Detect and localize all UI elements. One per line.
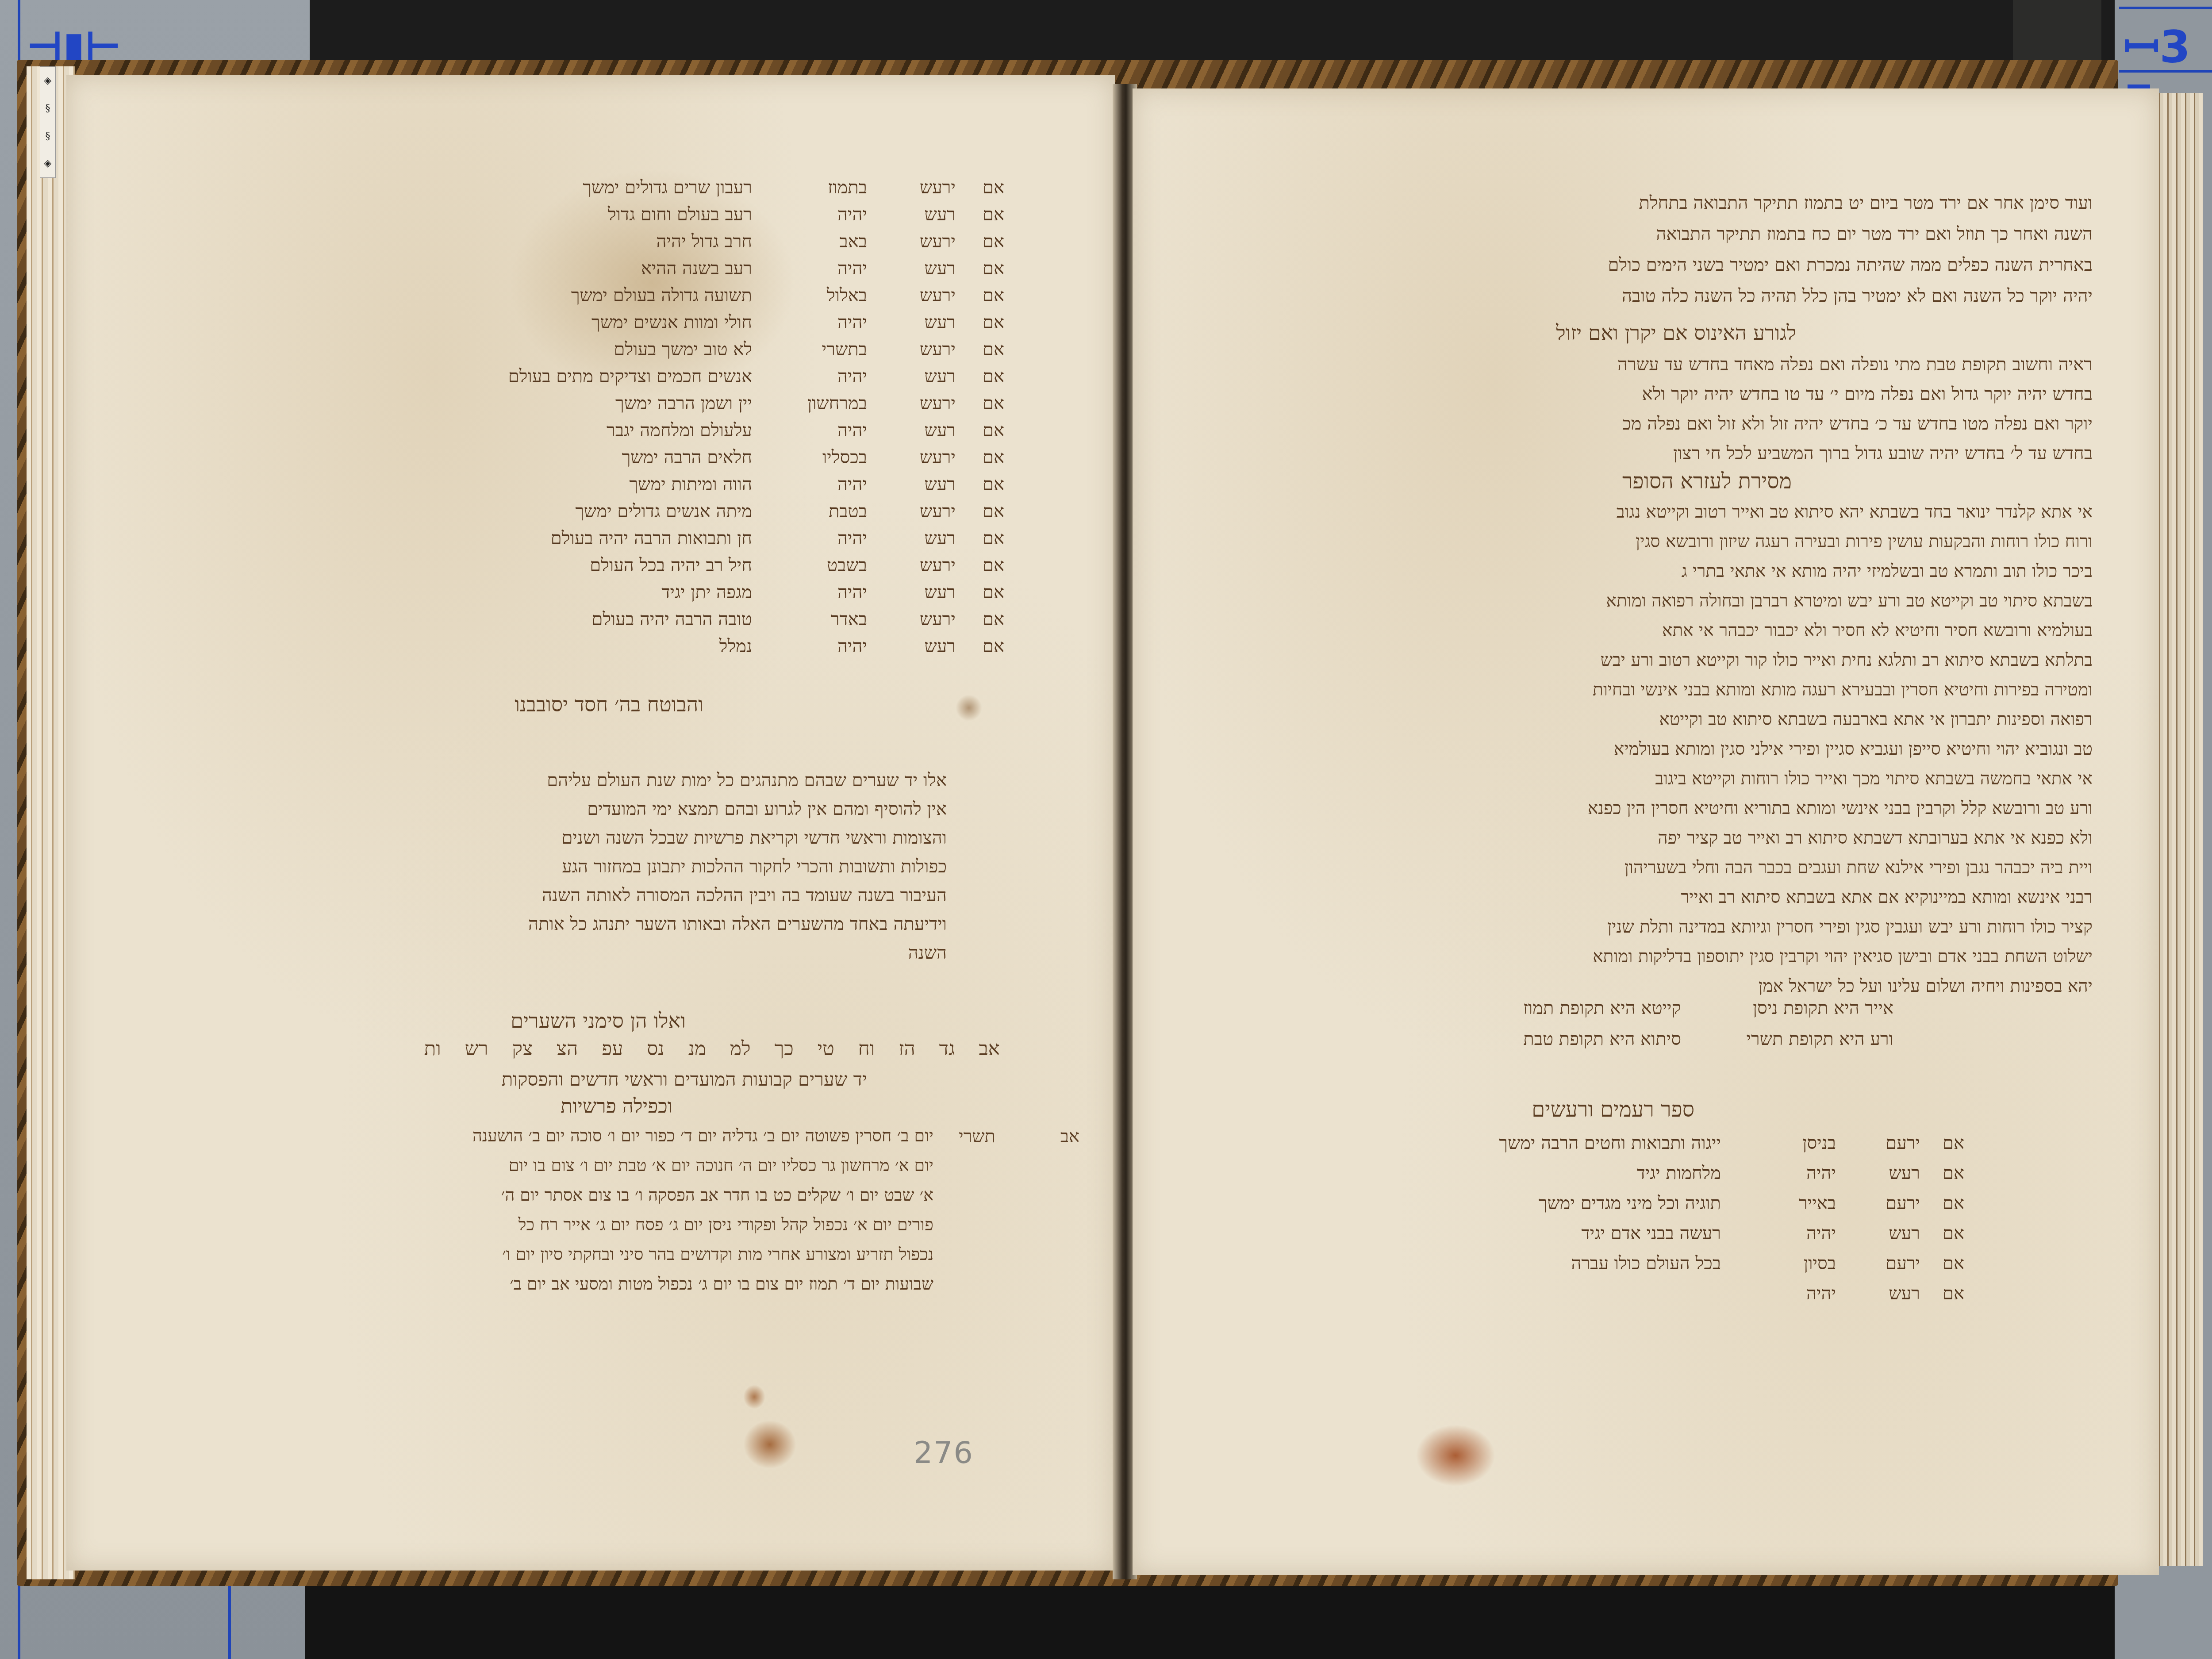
table-row: אםרעשיהיהרעשה בבני אדם יגיד <box>1411 1223 1964 1244</box>
ornamental-bookmark-tab: ◈ § § ◈ <box>40 66 56 178</box>
table-cell-c2: רעש <box>867 582 956 603</box>
ornament-diamond-icon: ◈ <box>44 75 52 86</box>
table-row: אםירעםבסיוןבכל העולם כולו עברה <box>1411 1253 1964 1274</box>
table-cell-c1: אם <box>956 555 1004 576</box>
table-cell-c2: רעש <box>1836 1163 1920 1183</box>
table-cell-c2: ירעש <box>867 609 956 630</box>
table-cell-c1: אם <box>956 393 1004 414</box>
heading-ezra: מסירת לעזרא הסופר <box>1622 469 1792 494</box>
table-row: אםרעשיהיהרעב בעולם וחום גדול <box>354 204 1004 225</box>
table-cell-c3: בשבט <box>752 555 867 576</box>
table-cell-c4: מלחמות יגיד <box>1411 1163 1721 1183</box>
table-cell-c4: רעב בעולם וחום גדול <box>354 204 752 225</box>
tekufah-entry: קייטא היא תקופת תמוז <box>1523 998 1681 1018</box>
table-cell-c3: יהיה <box>1721 1283 1836 1304</box>
table-cell-c3: בטבת <box>752 501 867 522</box>
table-cell-c1: אם <box>1920 1253 1964 1274</box>
table-cell-c4: אנשים חכמים וצדיקים מתים בעולם <box>354 366 752 387</box>
intro-line: באחרית השנה כפלים ממה שהיתה נמכרת ואם ימ… <box>1608 254 2093 275</box>
table-cell-c4: יין ושמן הרבה ימשך <box>354 393 752 414</box>
heading-thunder-book: ספר רעמים ורעשים <box>1532 1097 1694 1122</box>
paragraph-line: אלו יד שערים שבהם מתנהגים כל ימות שנת הע… <box>547 770 947 791</box>
section-line: ורוח כולו רוחות והבקעות עושין פירות ובעי… <box>1636 532 2093 552</box>
table-cell-c1: אם <box>956 258 1004 279</box>
paragraph-line: והצומות וראשי חדשי וקריאת פרשיות שבכל הש… <box>561 827 947 848</box>
table-row: אםרעשיהיהעלעולם ומלחמה יגבר <box>354 420 1004 441</box>
table-row: אםרעשיהיהרעב בשנה ההיא <box>354 258 1004 279</box>
table-cell-c4: רעב בשנה ההיא <box>354 258 752 279</box>
table-cell-c4: רעשה בבני אדם יגיד <box>1411 1223 1721 1244</box>
section-line: ישלוט השחת בבני אדם ובישן סגיאין יהוי וק… <box>1593 947 2093 967</box>
table-row: אםרעשיהיה <box>1411 1283 1964 1304</box>
ornament-loop-icon: § <box>46 131 50 142</box>
gates-caption: וכפילה פרשיות <box>561 1095 672 1118</box>
table-cell-c4: חלאים הרבה ימשך <box>354 447 752 468</box>
table-cell-c4: חולי ומוות אנשים ימשך <box>354 312 752 333</box>
table-cell-c1: אם <box>956 528 1004 549</box>
table-row: אםרעשיהיהמגפה יתן יגיד <box>354 582 1004 603</box>
table-cell-c2: ירעם <box>1836 1133 1920 1153</box>
tekufah-entry: ורע היא תקופת תשרי <box>1747 1029 1893 1049</box>
table-cell-c1: אם <box>1920 1193 1964 1214</box>
table-cell-c3: יהיה <box>752 366 867 387</box>
table-cell-c4: הווה ומיתות ימשך <box>354 474 752 495</box>
table-cell-c3: יהיה <box>752 636 867 657</box>
table-cell-c4 <box>1411 1283 1721 1304</box>
table-cell-c3: יהיה <box>752 582 867 603</box>
intro-line: יהיה יוקר כל השנה ואם לא ימטיר בהן כלל ת… <box>1622 285 2093 306</box>
table-row: אםירעשבשבטחיל רב יהיה בכל העולם <box>354 555 1004 576</box>
table-cell-c1: אם <box>1920 1223 1964 1244</box>
table-cell-c3: יהיה <box>752 258 867 279</box>
table-cell-c2: ירעש <box>867 393 956 414</box>
section-line: יהא בספינות ויחיה ושלום עלינו ועל כל ישר… <box>1759 976 2093 996</box>
table-cell-c3: באייר <box>1721 1193 1836 1214</box>
calendar-line: פורים יום א׳ נכפול קהל ופקודי ניסן יום ג… <box>518 1215 933 1235</box>
table-row: אםירעשבתמוזרעבון שרים גדולים ימשך <box>354 177 1004 198</box>
section-line: בחדש יהיה יוקר גדול ואם נפלה מיום י׳ עד … <box>1642 384 2093 404</box>
section-line: בתלתא בשבתא סיתוא רב ותלגא נחית ואייר כו… <box>1600 650 2093 670</box>
section-line: ורע טב ורובשא קלל וקרבין בבני אינשי ומות… <box>1588 799 2093 818</box>
ruler-line <box>2119 7 2212 9</box>
section-line: ויית ביה יכבהר נגבן ופירי אילנא שחת ועגב… <box>1624 858 2093 878</box>
table-cell-c4: טובה הרבה יהיה בעולם <box>354 609 752 630</box>
table-cell-c1: אם <box>956 501 1004 522</box>
table-row: אםירעשבאלולתשועה גדולה בעולם ימשך <box>354 285 1004 306</box>
table-cell-c2: רעש <box>1836 1223 1920 1244</box>
table-cell-c4: חרב גדול יהיה <box>354 231 752 252</box>
table-row: אםירעשבאדרטובה הרבה יהיה בעולם <box>354 609 1004 630</box>
table-row: אםירעשבתשרילא טוב ימשך בעולם <box>354 339 1004 360</box>
table-cell-c1: אם <box>956 636 1004 657</box>
calendar-line: שבועות יום ד׳ תמוז יום צום בו יום ג׳ נכפ… <box>510 1274 933 1294</box>
paragraph-line: אין להוסיף ומהם אין לגרוע ובהם תמצא ימי … <box>587 799 947 819</box>
table-cell-c1: אם <box>956 366 1004 387</box>
table-cell-c1: אם <box>1920 1133 1964 1153</box>
paragraph-line: העיבור בשנה שעומד בה ויבין ההלכה המסורה … <box>542 885 947 906</box>
section-line: ומטירה בפירות וחיטיא חסרין ובבעירא רעגה … <box>1593 680 2093 700</box>
table-cell-c4: מגפה יתן יגיד <box>354 582 752 603</box>
paragraph-line: וידיעתה באחד מהשערים האלה ובאותו השער ית… <box>528 914 947 934</box>
table-cell-c3: בתשרי <box>752 339 867 360</box>
calendar-line: א׳ שבט יום ו׳ שקלים כט בו חדר אב הפסקה ו… <box>501 1185 933 1205</box>
table-cell-c2: רעש <box>1836 1283 1920 1304</box>
table-cell-c1: אם <box>956 582 1004 603</box>
table-cell-c2: רעש <box>867 204 956 225</box>
table-cell-c2: ירעש <box>867 339 956 360</box>
table-row: אםירעםבניסןייגוה ותבואות וחטים הרבה ימשך <box>1411 1133 1964 1153</box>
table-cell-c3: יהיה <box>752 204 867 225</box>
ink-blot <box>1416 1425 1495 1486</box>
table-cell-c2: ירעש <box>867 231 956 252</box>
section-line: ראיה וחשוב תקופת טבת מתי נופלה ואם נפלה … <box>1617 354 2093 375</box>
gates-caption: יד שערים קבועות המועדים וראשי חדשים והפס… <box>502 1068 867 1091</box>
table-row: אםרעשיהיהמלחמות יגיד <box>1411 1163 1964 1183</box>
section-line: ביכר כולו תוב ותמרא טב ובשלמיזי יהיה מות… <box>1682 561 2093 581</box>
table-cell-c4: תוגיה וכל מיני מגדים ימשך <box>1411 1193 1721 1214</box>
table-cell-c2: רעש <box>867 312 956 333</box>
table-cell-c3: יהיה <box>1721 1223 1836 1244</box>
section-line: ולא כפנא אי אתא בערובתא דשבתא סיתוא רב ו… <box>1658 828 2093 848</box>
table-cell-c1: אם <box>956 177 1004 198</box>
table-cell-c2: רעש <box>867 420 956 441</box>
table-cell-c1: אם <box>956 204 1004 225</box>
table-row: אםרעשיהיהחולי ומוות אנשים ימשך <box>354 312 1004 333</box>
table-cell-c1: אם <box>1920 1163 1964 1183</box>
table-cell-c3: באב <box>752 231 867 252</box>
table-cell-c4: נמלל <box>354 636 752 657</box>
heading-gates-signs: ואלו הן סימני השערים <box>511 1009 686 1033</box>
section-line: רפואה וספינות יתברון אי אתא בארבעה בשבתא… <box>1659 710 2093 730</box>
table-cell-c2: רעש <box>867 258 956 279</box>
ruler-line <box>228 1579 231 1659</box>
paragraph-line: השנה <box>908 942 947 963</box>
calendar-line: יום ב׳ חסרין פשוטה יום ב׳ גדליה יום ד׳ כ… <box>472 1126 933 1146</box>
table-cell-c1: אם <box>956 609 1004 630</box>
table-cell-c2: ירעם <box>1836 1253 1920 1274</box>
margin-label: תשרי <box>959 1126 995 1147</box>
table-row: אםרעשיהיהנמלל <box>354 636 1004 657</box>
table-cell-c4: תשועה גדולה בעולם ימשך <box>354 285 752 306</box>
ornament-diamond-icon: ◈ <box>44 158 52 169</box>
table-cell-c4: ייגוה ותבואות וחטים הרבה ימשך <box>1411 1133 1721 1153</box>
table-cell-c1: אם <box>956 312 1004 333</box>
section-line: רבני אינשא ומותא במיינוקיא אם אתא בשבתא … <box>1681 887 2093 907</box>
table-cell-c1: אם <box>956 420 1004 441</box>
section-line: קציר כולו רוחות ורע יבש ועגבין סגין ופיר… <box>1607 917 2093 937</box>
table-row: אםירעםבאיירתוגיה וכל מיני מגדים ימשך <box>1411 1193 1964 1214</box>
table-cell-c4: עלעולם ומלחמה יגבר <box>354 420 752 441</box>
table-closing-line: והבוטח בה׳ חסד יסובבנו <box>515 692 703 716</box>
table-cell-c2: רעש <box>867 366 956 387</box>
table-cell-c2: ירעש <box>867 501 956 522</box>
table-cell-c1: אם <box>956 447 1004 468</box>
table-cell-c3: יהיה <box>752 528 867 549</box>
section-line: טב ונגוביא יהוי וחיטיא סייפן ועגביא סגיי… <box>1614 739 2093 759</box>
table-cell-c1: אם <box>956 339 1004 360</box>
table-row: אםירעשבמרחשוןיין ושמן הרבה ימשך <box>354 393 1004 414</box>
table-cell-c4: חן ותבואות הרבה יהיה בעולם <box>354 528 752 549</box>
table-row: אםירעשבכסליוחלאים הרבה ימשך <box>354 447 1004 468</box>
table-row: אםירעשבטבתמיתה אנשים גדולים ימשך <box>354 501 1004 522</box>
table-cell-c3: בסיון <box>1721 1253 1836 1274</box>
gates-letter-pairs: אב גד הז וח טי כך למ מנ נס עפ הצ צק רש ו… <box>424 1037 1000 1060</box>
right-page: ועוד סימן אחר אם ירד מטר ביום יט בתמוז ת… <box>1133 88 2159 1575</box>
table-cell-c2: ירעש <box>867 447 956 468</box>
page-edges-right <box>2154 93 2203 1566</box>
table-cell-c2: רעש <box>867 528 956 549</box>
table-cell-c4: לא טוב ימשך בעולם <box>354 339 752 360</box>
table-row: אםרעשיהיהאנשים חכמים וצדיקים מתים בעולם <box>354 366 1004 387</box>
table-cell-c4: מיתה אנשים גדולים ימשך <box>354 501 752 522</box>
table-cell-c2: ירעש <box>867 177 956 198</box>
table-cell-c3: יהיה <box>1721 1163 1836 1183</box>
section-line: יוקר ואם נפלה מטו בחדש עד כ׳ בחדש יהיה ז… <box>1622 413 2093 434</box>
table-cell-c3: בכסליו <box>752 447 867 468</box>
table-cell-c3: יהיה <box>752 474 867 495</box>
table-row: אםרעשיהיהחן ותבואות הרבה יהיה בעולם <box>354 528 1004 549</box>
folio-number: 276 <box>914 1436 974 1471</box>
scan-background-bottom <box>305 1584 2119 1659</box>
table-cell-c1: אם <box>956 285 1004 306</box>
table-cell-c3: יהיה <box>752 312 867 333</box>
table-cell-c4: בכל העולם כולו עברה <box>1411 1253 1721 1274</box>
table-cell-c3: בניסן <box>1721 1133 1836 1153</box>
section-line: בשבתא סיתוי טב וקייטא טב ורע יבש ומיטרא … <box>1606 591 2093 611</box>
ornament-loop-icon: § <box>46 103 50 114</box>
table-cell-c3: במרחשון <box>752 393 867 414</box>
table-cell-c3: בתמוז <box>752 177 867 198</box>
intro-line: ועוד סימן אחר אם ירד מטר ביום יט בתמוז ת… <box>1639 192 2093 213</box>
left-page: אםירעשבתמוזרעבון שרים גדולים ימשךאםרעשיה… <box>66 75 1115 1571</box>
table-cell-c1: אם <box>956 474 1004 495</box>
table-cell-c2: רעש <box>867 474 956 495</box>
section-line: אי אתא קלנדר ינואר בחד בשבתא יהא סיתוא ט… <box>1617 502 2093 522</box>
table-cell-c2: ירעש <box>867 285 956 306</box>
section-line: אי אתאי בחמשה בשבתא סיתוי מכך ואייר כולו… <box>1655 769 2093 789</box>
tekufah-entry: אייר היא תקופת ניסן <box>1753 998 1893 1018</box>
ink-blot <box>743 1420 796 1469</box>
tekufah-entry: סיתוא היא תקופת טבת <box>1523 1029 1681 1049</box>
table-row: אםירעשבאבחרב גדול יהיה <box>354 231 1004 252</box>
table-cell-c3: באדר <box>752 609 867 630</box>
table-cell-c2: רעש <box>867 636 956 657</box>
table-cell-c4: חיל רב יהיה בכל העולם <box>354 555 752 576</box>
section-line: בחדש עד ל׳ בחדש יהיה שובע גדול ברוך המשב… <box>1673 443 2093 464</box>
table-cell-c2: ירעש <box>867 555 956 576</box>
paragraph-line: כפולות ותשובות והכרי לחקור ההלכות יתבונן… <box>562 856 947 877</box>
section-line: בעולמיא ורובשא חסיר וחיטיא לא חסיר ולא י… <box>1662 621 2093 641</box>
table-cell-c3: יהיה <box>752 420 867 441</box>
table-cell-c2: ירעם <box>1836 1193 1920 1214</box>
table-cell-c1: אם <box>1920 1283 1964 1304</box>
intro-line: השנה ואחר כך תוזל ואם ירד מטר יום כח בתמ… <box>1656 223 2093 244</box>
table-cell-c4: רעבון שרים גדולים ימשך <box>354 177 752 198</box>
table-cell-c1: אם <box>956 231 1004 252</box>
water-stain <box>509 168 796 398</box>
margin-label: אב <box>1060 1126 1079 1147</box>
ink-blot <box>956 695 982 721</box>
calendar-line: נכפול תזריע ומצורע אחרי מות וקדושים בהר … <box>502 1244 933 1264</box>
table-row: אםרעשיהיההווה ומיתות ימשך <box>354 474 1004 495</box>
table-cell-c3: באלול <box>752 285 867 306</box>
calendar-line: יום א׳ מרחשון גר כסליו יום ה׳ חנוכה יום … <box>509 1156 933 1175</box>
ink-blot <box>743 1385 765 1409</box>
heading-price-omen: לגורע האינוס אם יקרן ואם יזול <box>1556 321 1796 345</box>
